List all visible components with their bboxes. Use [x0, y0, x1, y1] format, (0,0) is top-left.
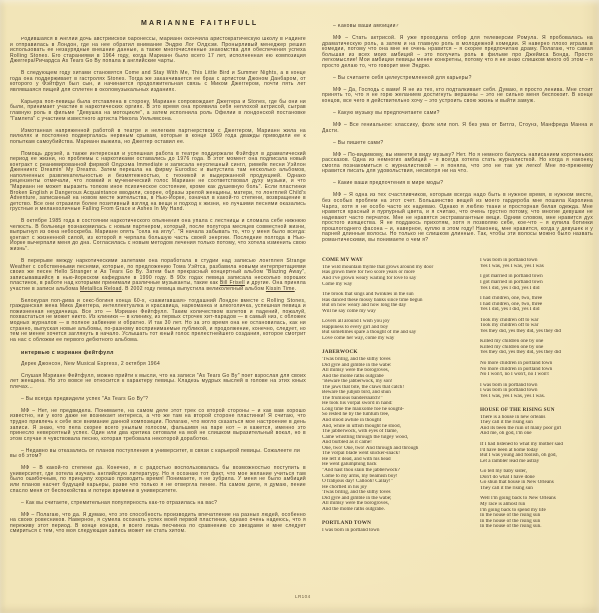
- right-column: – Каковы ваши амбиции?МФ – Стать актрисо…: [322, 24, 593, 604]
- lyric-line: Will he say come my way: [322, 309, 480, 315]
- interview-answer: МФ – Все гениальное: классику, фолк или …: [322, 123, 593, 134]
- stanza: Lovers all around I wish you joyHappines…: [322, 319, 480, 341]
- stanza: Took my children off to warTook my child…: [480, 318, 593, 335]
- stanza: I was born in portland townYes I was, ye…: [480, 258, 593, 269]
- bio-paragraph: Измотанная напряженной работой в театре …: [10, 129, 306, 146]
- lyric-line: Let a rambler lead me astray: [480, 459, 593, 465]
- song-title: COME MY WAY: [322, 258, 480, 264]
- bio-section: Родившаяся в Англии дочь австрийской бар…: [10, 37, 306, 343]
- stanza: Killed my children one by oneKilled my c…: [480, 339, 593, 356]
- bio-paragraph: Карьера поп-певицы была отставлена в сто…: [10, 100, 306, 122]
- catalog-number: LR104: [295, 594, 311, 599]
- lyric-line: In the house of the rising sun.: [480, 524, 593, 530]
- right-interview-qa-section: – Каковы ваши амбиции?МФ – Стать актрисо…: [322, 24, 593, 243]
- song: I was born in portland townYes I was, ye…: [480, 258, 593, 399]
- stanza: 'Twas brillig, and the slithy tovesDid g…: [322, 357, 480, 512]
- song-title: JABERWOCK: [322, 350, 480, 356]
- bio-and-interview-column: Родившаяся в Англии дочь австрийской бар…: [10, 37, 306, 597]
- interview-question: – Вы пишете сами?: [322, 141, 593, 147]
- bio-paragraph: Белокурая поп-дива и секс-богиня конца 6…: [10, 299, 306, 343]
- lyric-line: Love come her way, come my way: [322, 336, 480, 342]
- song: HOUSE OF THE RISING SUNThere is a house …: [480, 408, 593, 529]
- song: PORTLAND TOWNI was born in portland town: [322, 521, 480, 533]
- song: COME MY WAYThe wild mountain thyme that …: [322, 258, 480, 341]
- underlined-term: Kissin Time: [266, 286, 295, 292]
- lyrics-column-1: COME MY WAYThe wild mountain thyme that …: [322, 258, 480, 542]
- lyrics-section: COME MY WAYThe wild mountain thyme that …: [322, 258, 593, 542]
- interview-answer: МФ – Полагаю, что да. Я думаю, что это с…: [10, 513, 306, 535]
- liner-notes-page: MARIANNE FAITHFULL Родившаяся в Англии д…: [0, 0, 599, 613]
- lyric-line: Yes they did, yes they did, yes they did: [480, 350, 593, 356]
- bio-paragraph: В следующем году хитами становятся Come …: [10, 71, 306, 93]
- interview-answer: МФ – Я одна из тех счастливчиков, которы…: [322, 193, 593, 243]
- interview-question: – Как вы считаете, стремительная популяр…: [10, 501, 306, 507]
- lyric-line: I was born in portland town: [322, 528, 480, 534]
- interview-heading: интервью с мэрианн фейтфулл: [10, 350, 306, 356]
- song-title: PORTLAND TOWN: [322, 521, 480, 527]
- bio-paragraph: Помощь друзей, а также интересная и успе…: [10, 152, 306, 213]
- interview-answer: МФ – Да, Господь с вами! Я не из тех, кт…: [322, 88, 593, 105]
- song: JABERWOCK'Twas brillig, and the slithy t…: [322, 350, 480, 512]
- lyric-line: And the mome raths outgrabe.: [322, 507, 480, 513]
- lyrics-column-2: I was born in portland townYes I was, ye…: [480, 258, 593, 542]
- stanza: The brook that sings and twinkles in the…: [322, 292, 480, 314]
- interview-question: – Какие ваши предпочтения в мире моды?: [322, 181, 593, 187]
- stanza: I was born in portland townI was born in…: [480, 383, 593, 400]
- stanza: I had children, one, two, threeI had chi…: [480, 296, 593, 313]
- bio-paragraph: В перерыве между наркотическими залетами…: [10, 259, 306, 292]
- underlined-term: Metallica Reload: [80, 286, 122, 292]
- lyric-line: Yes I was, yes I was, yes I was: [480, 264, 593, 270]
- stanza: Well I'm going back to New OrleansMy rac…: [480, 496, 593, 529]
- interview-intro: Слушая Мэрианн Фейтфулл, можно прийти к …: [10, 374, 306, 391]
- song-title: HOUSE OF THE RISING SUN: [480, 408, 593, 414]
- lyric-line: They call it the rising sun: [480, 486, 593, 492]
- stanza: If I had listened to what my mother said…: [480, 442, 593, 464]
- lyric-line: Yes I did, yes I did, yes I did: [480, 286, 593, 292]
- page-title: MARIANNE FAITHFULL: [141, 20, 258, 27]
- lyric-line: Yes I was, yes I was, yes I was.: [480, 394, 593, 400]
- interview-question: – Вы всегда предвидели успех "As Tears G…: [10, 397, 306, 403]
- interview-answer: МФ – Стать актрисой. Я уже проходила отб…: [322, 36, 593, 69]
- stanza: I got married in portland townI got marr…: [480, 274, 593, 291]
- stanza: No more children in portland townNo more…: [480, 361, 593, 378]
- lyric-line: Come my way: [322, 282, 480, 288]
- interview-question: – Какую музыку вы предпочитаете сами?: [322, 111, 593, 117]
- stanza: Go tell my baby sister,Don't do what I h…: [480, 469, 593, 491]
- stanza: I was born in portland town: [322, 528, 480, 534]
- stanza: There is a house in new orleansThey call…: [480, 415, 593, 437]
- lyric-line: And me, oh god, I'm one: [480, 431, 593, 437]
- interview-answer: МФ – По-видимому, вы имеете в виду музык…: [322, 153, 593, 175]
- lyric-line: Yes I did, yes I did, yes I did: [480, 307, 593, 313]
- lyric-line: Yes they did, yes they did, yes they did: [480, 329, 593, 335]
- interview-question: – Недавно вы отказались от планов поступ…: [10, 449, 306, 460]
- bio-paragraph: В октябре 1985 года в состоянии наркотич…: [10, 219, 306, 252]
- interview-question: – Вы считаете себя целеустремленной для …: [322, 76, 593, 82]
- interview-question: – Каковы ваши амбиции?: [322, 24, 593, 30]
- bio-paragraph: Родившаяся в Англии дочь австрийской бар…: [10, 37, 306, 65]
- interview-qa-section: – Вы всегда предвидели успех "As Tears G…: [10, 397, 306, 535]
- lyric-line: No I won't, no I won't, no I won't: [480, 372, 593, 378]
- interview-answer: МФ – Нет, не предвидела. Понимаете, на с…: [10, 409, 306, 442]
- stanza: The wild mountain thyme that grows aroun…: [322, 265, 480, 287]
- underlined-term: Bill Frisell: [220, 280, 245, 286]
- interview-answer: МФ – В какой-то степени да. Конечно, я с…: [10, 466, 306, 494]
- interview-byline: Дерек Джонсон, New Musical Express, 2 ок…: [10, 362, 306, 368]
